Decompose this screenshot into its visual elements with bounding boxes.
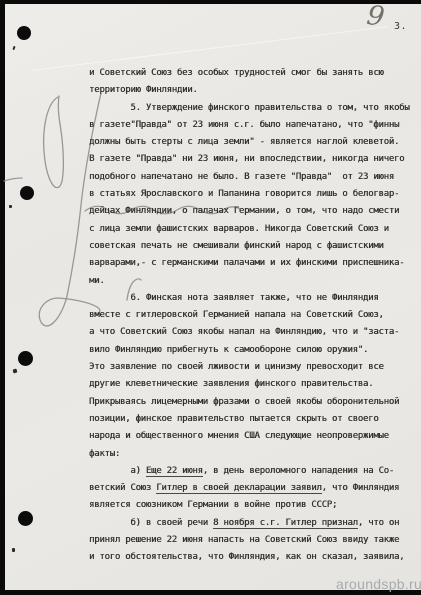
text-line: принял решение 22 июня напасть на Советс… bbox=[89, 532, 417, 549]
text-line: советская печать не смешивали финский на… bbox=[89, 238, 417, 255]
text-line: ми. bbox=[89, 273, 417, 290]
text-line: позиции, финское правительство пытается … bbox=[89, 411, 417, 428]
text-line: территорию Финляндии. bbox=[89, 82, 417, 99]
text-line: подобного напечатано не было. В газете "… bbox=[89, 169, 417, 186]
text-line: вило Финляндию прибегнуть к самообороне … bbox=[89, 342, 417, 359]
watermark: aroundspb.ru bbox=[336, 576, 421, 592]
text-line: Прикрываясь лицемерными фразами о своей … bbox=[89, 394, 417, 411]
text-line: В газете "Правда" ни 23 июня, ни впослед… bbox=[89, 151, 417, 168]
text-line: с лица земли фашистских варваров. Никогд… bbox=[89, 221, 417, 238]
page-number: 3. bbox=[394, 21, 407, 32]
text-line: 6. Финская нота заявляет также, что не Ф… bbox=[89, 290, 417, 307]
scanned-document-page: 9 3. и Советский Союз без особых труднос… bbox=[0, 0, 421, 595]
text-line: Это заявление по своей лживости и цинизм… bbox=[89, 359, 417, 376]
text-line: должны быть стерты с лица земли" - являе… bbox=[89, 134, 417, 151]
text-line: а что Советский Союз якобы напал на Финл… bbox=[89, 324, 417, 341]
text-line: и того обстоятельства, что Финляндия, ка… bbox=[89, 549, 417, 566]
text-line: б) в своей речи 8 ноября с.г. Гитлер при… bbox=[89, 515, 417, 532]
text-line: ветский Союз Гитлер в своей декларации з… bbox=[89, 480, 417, 497]
document-text: и Советский Союз без особых трудностей с… bbox=[89, 65, 417, 567]
text-line: варварами,- с германскими палачами и их … bbox=[89, 255, 417, 272]
pencil-margin-dash bbox=[4, 178, 22, 181]
text-line: 5. Утверждение финского правительства о … bbox=[89, 100, 417, 117]
text-line: а) Еще 22 июня, в день вероломного напад… bbox=[89, 463, 417, 480]
pencil-margin-loop bbox=[44, 96, 64, 188]
text-line: народа и общественного мнения США следую… bbox=[89, 428, 417, 445]
text-line: является союзником Германии в войне прот… bbox=[89, 497, 417, 514]
text-line: факты: bbox=[89, 446, 417, 463]
text-line: в статьях Ярославского и Папанина говори… bbox=[89, 186, 417, 203]
text-line: дейцах Финляндии, о палачах Германии, о … bbox=[89, 203, 417, 220]
text-line: и Советский Союз без особых трудностей с… bbox=[89, 65, 417, 82]
text-line: другие клеветнические заявления финского… bbox=[89, 376, 417, 393]
text-line: в газете"Правда" от 23 июня с.г. было на… bbox=[89, 117, 417, 134]
text-line: вместе с гитлеровской Германией напала н… bbox=[89, 307, 417, 324]
